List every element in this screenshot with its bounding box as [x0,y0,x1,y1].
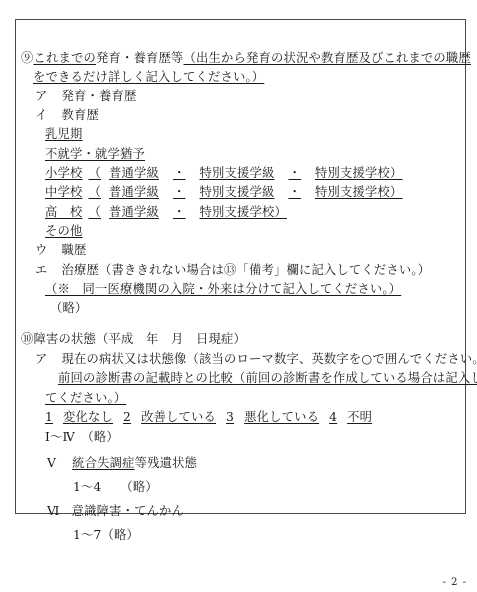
range-i-iv: Ⅰ～Ⅳ （略） [45,429,119,445]
other-education: その他 [45,223,83,239]
item-v-schizophrenia: Ⅴ統合失調症等残遺状態 [47,455,197,471]
option-1-label: 変化なし [63,410,113,424]
high-school-row: 高 校（普通学級・特別支援学校） [45,204,287,220]
option-4-label: 不明 [347,410,372,424]
range-v: 1～4 （略） [73,479,158,495]
comparison-line-cont: てください。） [45,390,126,406]
option-2-label: 改善している [141,410,216,424]
elementary-school-row: 小学校（普通学級・特別支援学級・特別支援学校） [45,165,402,181]
non-attendance: 不就学・就学猶予 [45,146,145,162]
infant-period: 乳児期 [45,126,83,142]
option-1-num: 1 [45,410,53,424]
option-3-label: 悪化している [244,410,319,424]
junior-high-school-row: 中学校（普通学級・特別支援学級・特別支援学校） [45,184,402,200]
section9-heading: ⑨これまでの発育・養育歴等（出生から発育の状況や教育歴及びこれまでの職歴 [21,50,471,66]
option-4-num: 4 [329,410,337,424]
item-i-education: イ教育歴 [35,107,99,123]
section9-heading-cont: をできるだけ詳しく記入してください。） [33,69,264,85]
range-vi: 1～7（略） [73,527,139,543]
page-number: - 2 - [443,577,467,589]
treatment-note: （※ 同一医療機関の入院・外来は分けて記入してください。） [45,281,401,297]
item-a-current-condition: ア現在の病状又は状態像（該当のローマ数字、英数字を○で囲んでください。） [35,351,477,367]
item-e-treatment-history: エ治療歴（書ききれない場合は⑬「備考」欄に記入してください。） [35,262,430,278]
section9-number: ⑨ [21,51,34,65]
omitted-note: （略） [50,300,88,316]
option-2-num: 2 [123,410,131,424]
item-vi-epilepsy: Ⅵ意識障害・てんかん [47,503,184,519]
item-u-work-history: ウ職歴 [35,242,87,258]
comparison-options: 1変化なし2改善している3悪化している4不明 [45,409,372,425]
comparison-line: 前回の診断書の記載時との比較（前回の診断書を作成している場合は記入し [58,370,477,386]
item-a-growth: ア発育・養育歴 [35,88,136,104]
section10-heading: ⑩障害の状態（平成 年 月 日現症） [21,331,246,347]
option-3-num: 3 [226,410,234,424]
